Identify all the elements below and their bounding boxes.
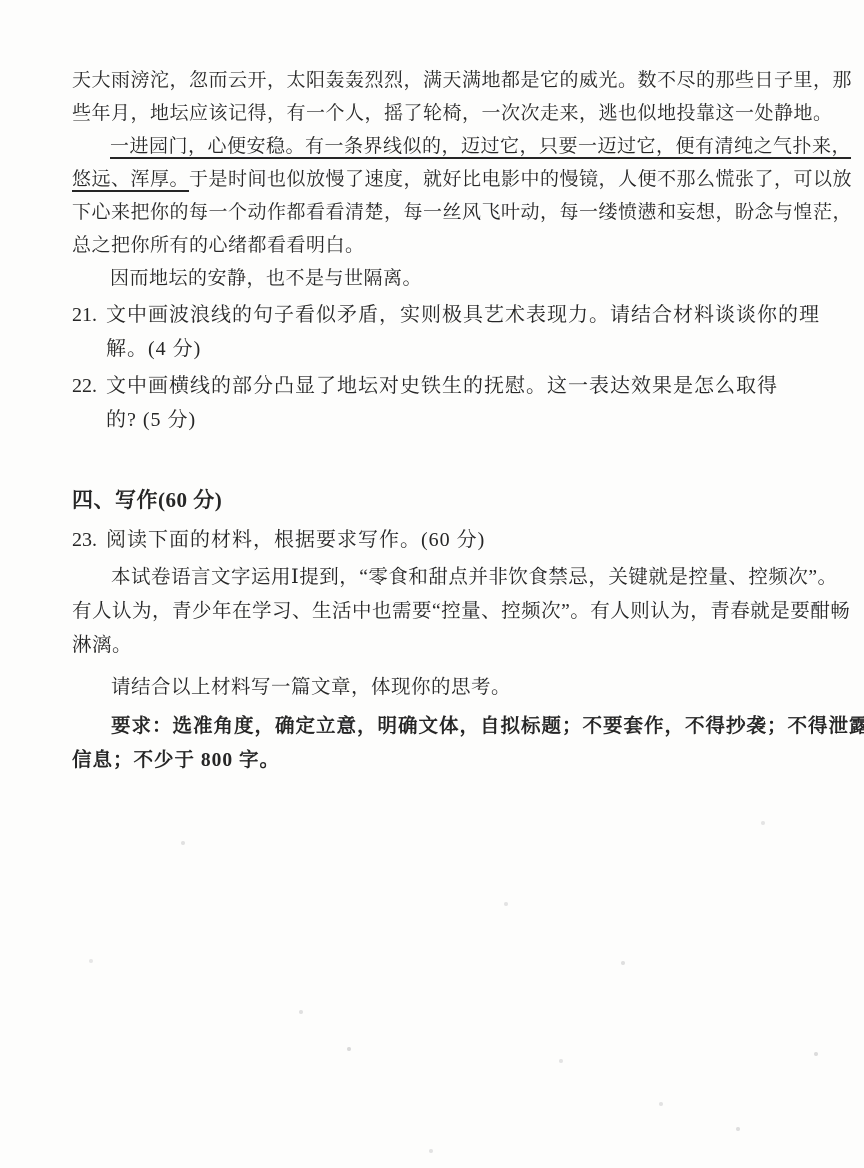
- passage-line: 总之把你所有的心绪都看看明白。: [72, 229, 834, 262]
- question-number: 23.: [72, 523, 106, 557]
- material-line: 淋漓。: [72, 629, 834, 663]
- writing-prompt: 请结合以上材料写一篇文章，体现你的思考。: [72, 671, 834, 705]
- reading-passage: 天大雨滂沱，忽而云开，太阳轰轰烈烈，满天满地都是它的威光。数不尽的那些日子里，那…: [72, 64, 834, 295]
- requirement-line: 信息；不少于 800 字。: [72, 744, 834, 778]
- underlined-passage-text: 悠远、浑厚。: [72, 169, 189, 190]
- question-line: 的? (5 分): [72, 403, 834, 437]
- question-text: 的? (5 分): [106, 409, 196, 431]
- passage-text: 些年月，地坛应该记得，有一个人，摇了轮椅，一次次走来，逃也似地投靠这一处静地。: [72, 103, 833, 124]
- question-23: 23.阅读下面的材料，根据要求写作。(60 分): [72, 523, 834, 557]
- question-text: 阅读下面的材料，根据要求写作。(60 分): [106, 529, 485, 551]
- question-line: 解。(4 分): [72, 332, 834, 366]
- question-text: 文中画横线的部分凸显了地坛对史铁生的抚慰。这一表达效果是怎么取得: [106, 375, 778, 397]
- passage-text: 于是时间也似放慢了速度，就好比电影中的慢镜，人便不那么慌张了，可以放: [189, 169, 852, 190]
- scan-noise: [0, 0, 2, 2]
- question-number: 21.: [72, 298, 106, 332]
- question-line: 22.文中画横线的部分凸显了地坛对史铁生的抚慰。这一表达效果是怎么取得: [72, 369, 834, 403]
- question-number: 22.: [72, 369, 106, 403]
- passage-text: 总之把你所有的心绪都看看明白。: [72, 235, 365, 256]
- question-22: 22.文中画横线的部分凸显了地坛对史铁生的抚慰。这一表达效果是怎么取得 的? (…: [72, 369, 834, 437]
- question-text: 文中画波浪线的句子看似矛盾，实则极具艺术表现力。请结合材料谈谈你的理: [106, 304, 820, 326]
- underlined-passage-text: 一进园门，心便安稳。有一条界线似的，迈过它，只要一迈过它，便有清纯之气扑来，: [110, 136, 851, 157]
- writing-requirements: 要求：选准角度，确定立意，明确文体，自拟标题；不要套作，不得抄袭；不得泄露个人 …: [72, 710, 834, 778]
- question-text: 解。(4 分): [106, 338, 201, 360]
- writing-section-header: 四、写作(60 分): [72, 483, 834, 517]
- passage-line: 一进园门，心便安稳。有一条界线似的，迈过它，只要一迈过它，便有清纯之气扑来，: [72, 130, 834, 163]
- scanned-exam-page: 天大雨滂沱，忽而云开，太阳轰轰烈烈，满天满地都是它的威光。数不尽的那些日子里，那…: [0, 0, 864, 1168]
- passage-line: 些年月，地坛应该记得，有一个人，摇了轮椅，一次次走来，逃也似地投靠这一处静地。: [72, 97, 834, 130]
- material-line: 有人认为，青少年在学习、生活中也需要“控量、控频次”。有人则认为，青春就是要酣畅: [72, 595, 834, 629]
- passage-line: 天大雨滂沱，忽而云开，太阳轰轰烈烈，满天满地都是它的威光。数不尽的那些日子里，那: [72, 64, 834, 97]
- question-line: 21.文中画波浪线的句子看似矛盾，实则极具艺术表现力。请结合材料谈谈你的理: [72, 298, 834, 332]
- question-21: 21.文中画波浪线的句子看似矛盾，实则极具艺术表现力。请结合材料谈谈你的理 解。…: [72, 298, 834, 366]
- passage-text: 下心来把你的每一个动作都看看清楚，每一丝风飞叶动，每一缕愤懑和妄想，盼念与惶茫，: [72, 202, 852, 223]
- passage-text: 因而地坛的安静，也不是与世隔离。: [110, 268, 422, 289]
- requirement-line: 要求：选准角度，确定立意，明确文体，自拟标题；不要套作，不得抄袭；不得泄露个人: [72, 710, 834, 744]
- passage-line: 下心来把你的每一个动作都看看清楚，每一丝风飞叶动，每一缕愤懑和妄想，盼念与惶茫，: [72, 196, 834, 229]
- material-line: 本试卷语言文字运用Ⅰ提到，“零食和甜点并非饮食禁忌，关键就是控量、控频次”。: [72, 561, 834, 595]
- writing-section: 四、写作(60 分) 23.阅读下面的材料，根据要求写作。(60 分) 本试卷语…: [72, 483, 834, 778]
- writing-material: 本试卷语言文字运用Ⅰ提到，“零食和甜点并非饮食禁忌，关键就是控量、控频次”。 有…: [72, 561, 834, 663]
- page-content: 天大雨滂沱，忽而云开，太阳轰轰烈烈，满天满地都是它的威光。数不尽的那些日子里，那…: [72, 64, 834, 778]
- passage-line: 悠远、浑厚。于是时间也似放慢了速度，就好比电影中的慢镜，人便不那么慌张了，可以放: [72, 163, 834, 196]
- passage-line: 因而地坛的安静，也不是与世隔离。: [72, 262, 834, 295]
- passage-text: 天大雨滂沱，忽而云开，太阳轰轰烈烈，满天满地都是它的威光。数不尽的那些日子里，那: [72, 70, 852, 91]
